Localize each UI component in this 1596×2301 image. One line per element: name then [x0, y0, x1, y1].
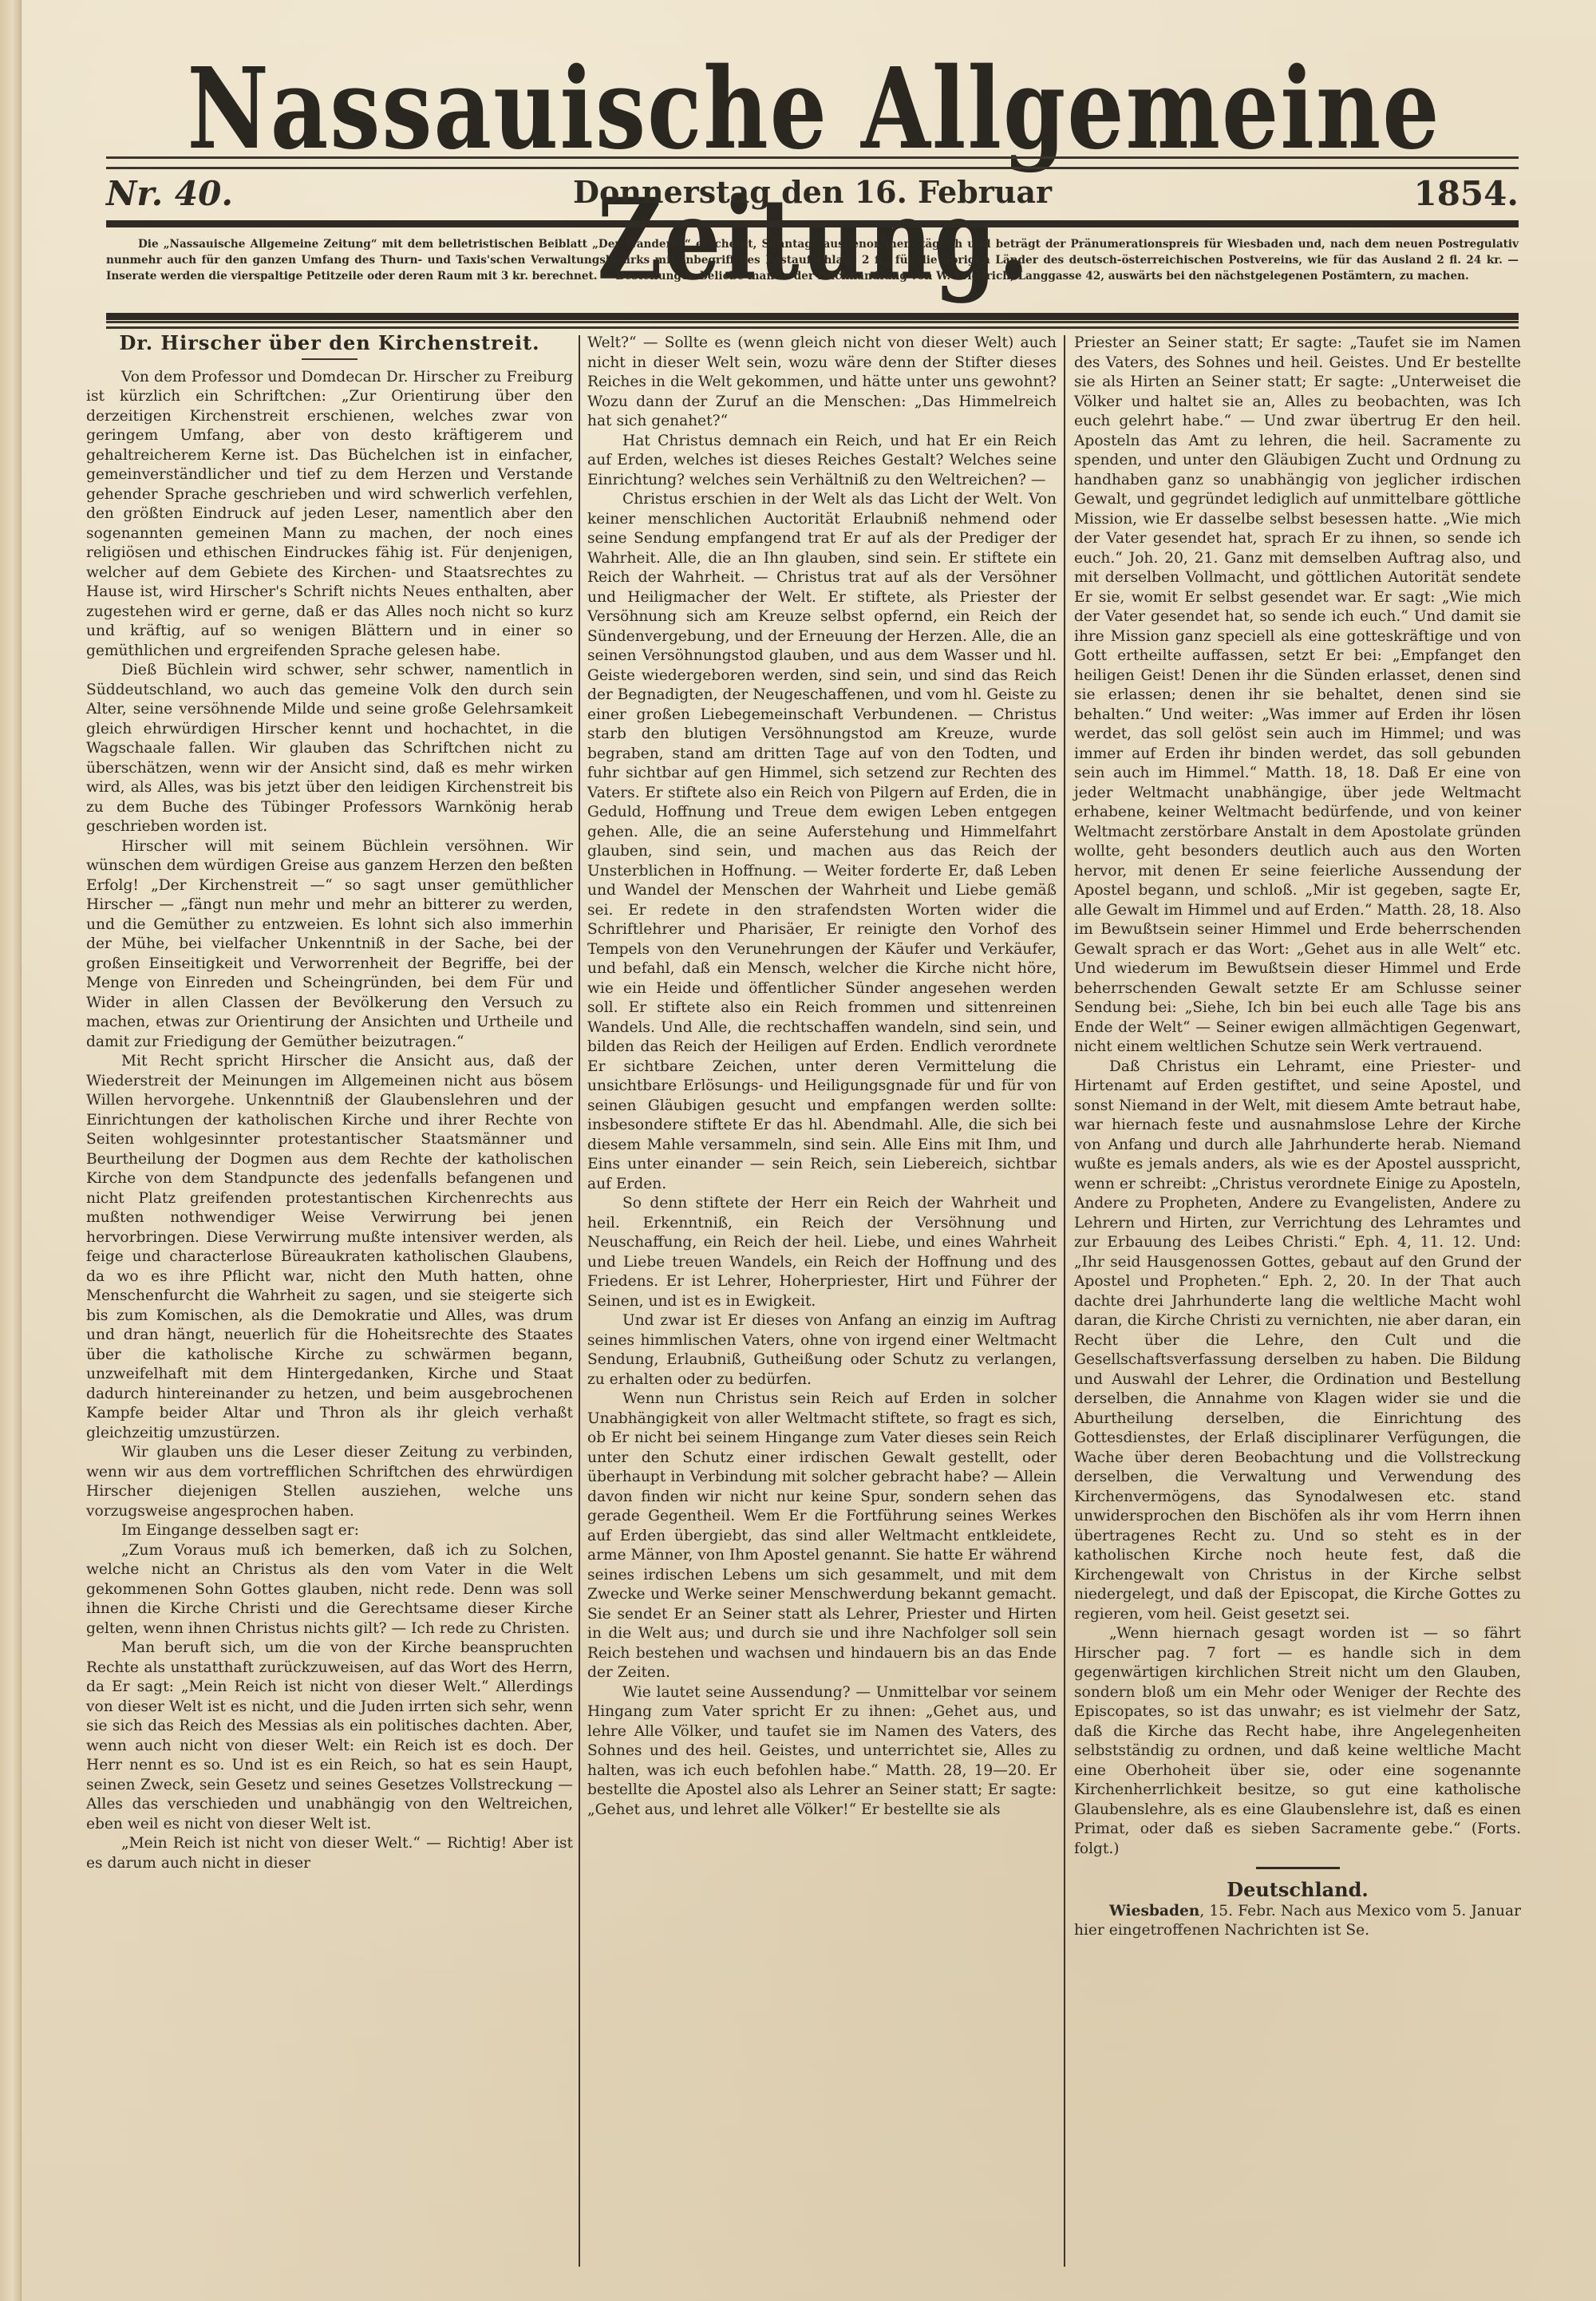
issue-year: 1854. — [1413, 174, 1519, 213]
paragraph: Im Eingange desselben sagt er: — [86, 1521, 573, 1541]
section-heading: Deutschland. — [1074, 1880, 1521, 1900]
masthead-double-rule — [106, 156, 1519, 169]
paragraph: Christus erschien in der Welt als das Li… — [587, 490, 1057, 1194]
paragraph: Wir glauben uns die Leser dieser Zeitung… — [86, 1443, 573, 1521]
issue-date: Donnerstag den 16. Februar — [106, 174, 1519, 210]
article-headline: Dr. Hirscher über den Kirchenstreit. — [86, 334, 573, 354]
paragraph: Dieß Büchlein wird schwer, sehr schwer, … — [86, 661, 573, 837]
paragraph: Man beruft sich, um die von der Kirche b… — [86, 1639, 573, 1834]
paragraph: Wenn nun Christus sein Reich auf Erden i… — [587, 1390, 1057, 1683]
column-divider-1 — [579, 335, 580, 2267]
notice-rule-bottom — [106, 321, 1519, 329]
section-separator — [1256, 1867, 1340, 1869]
paragraph: Wie lautet seine Aussendung? — Unmittelb… — [587, 1683, 1057, 1821]
notice-rule-top — [106, 313, 1519, 320]
paragraph: Daß Christus ein Lehramt, eine Priester-… — [1074, 1058, 1521, 1625]
paragraph: Und zwar ist Er dieses von Anfang an ein… — [587, 1311, 1057, 1390]
paragraph: Welt?“ — Sollte es (wenn gleich nicht vo… — [587, 334, 1057, 432]
paragraph: „Mein Reich ist nicht von dieser Welt.“ … — [86, 1834, 573, 1873]
subscription-notice: Die „Nassauische Allgemeine Zeitung“ mit… — [106, 236, 1519, 284]
paragraph: Hirscher will mit seinem Büchlein versöh… — [86, 837, 573, 1053]
paragraph: Priester an Seiner statt; Er sagte: „Tau… — [1074, 334, 1521, 1058]
news-dateline-place: Wiesbaden — [1109, 1903, 1199, 1919]
paragraph: „Wenn hiernach gesagt worden ist — so fä… — [1074, 1624, 1521, 1859]
paragraph: So denn stiftete der Herr ein Reich der … — [587, 1194, 1057, 1311]
news-item: Wiesbaden, 15. Febr. Nach aus Mexico vom… — [1074, 1902, 1521, 1941]
column-divider-2 — [1064, 335, 1065, 2267]
dateline-rule — [106, 220, 1519, 227]
column-3: Priester an Seiner statt; Er sagte: „Tau… — [1074, 334, 1521, 1941]
page-spine-edge — [0, 0, 22, 2301]
dateline: Nr. 40. Donnerstag den 16. Februar 1854. — [106, 174, 1519, 222]
paragraph: Mit Recht spricht Hirscher die Ansicht a… — [86, 1052, 573, 1443]
newspaper-page: Nassauische Allgemeine Zeitung. Nr. 40. … — [0, 0, 1596, 2301]
column-2: Welt?“ — Sollte es (wenn gleich nicht vo… — [587, 334, 1057, 1820]
column-1: Dr. Hirscher über den Kirchenstreit. Von… — [86, 334, 573, 1873]
paragraph: „Zum Voraus muß ich bemerken, daß ich zu… — [86, 1541, 573, 1639]
paragraph: Von dem Professor und Domdecan Dr. Hirsc… — [86, 368, 573, 662]
headline-rule — [302, 358, 358, 360]
paragraph: Hat Christus demnach ein Reich, und hat … — [587, 432, 1057, 491]
